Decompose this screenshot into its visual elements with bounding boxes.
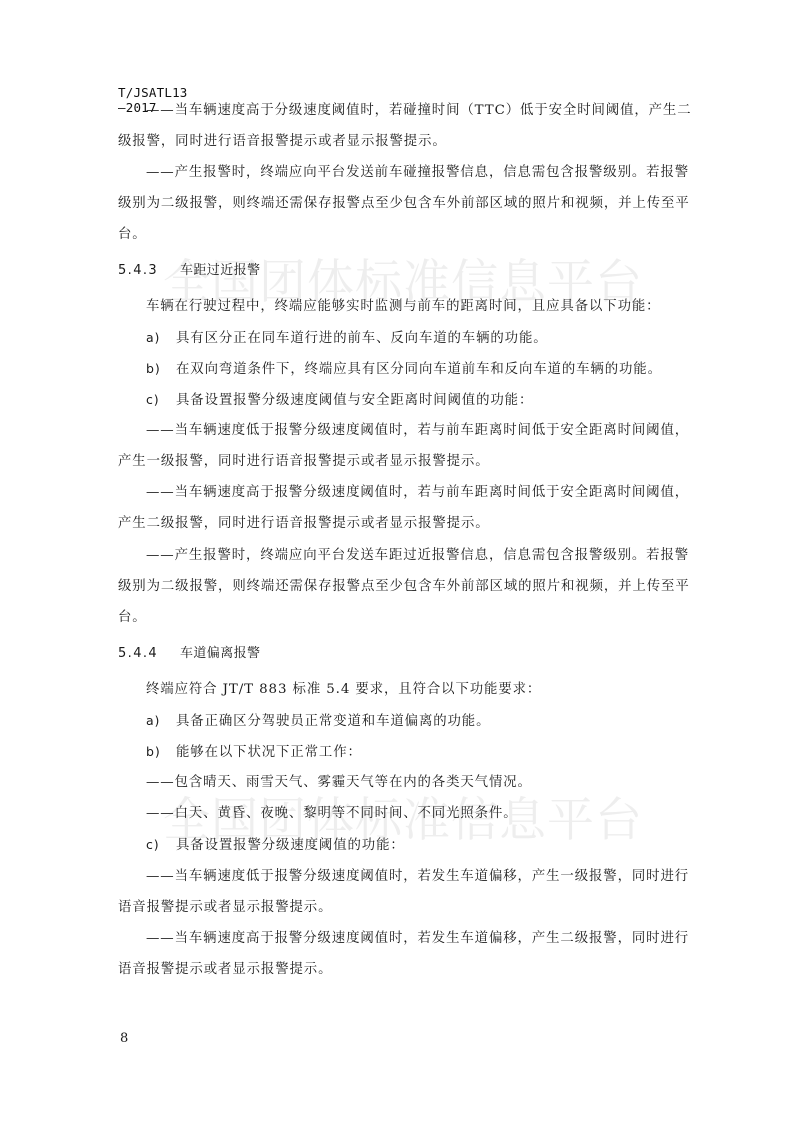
section-title: 车距过近报警: [180, 263, 260, 278]
document-page: 全国团体标准信息平台 全国团体标准信息平台 T/JSATL13—2017 ——当…: [0, 0, 794, 1123]
list-item-a: a)具有区分正在同车道行进的前车、反向车道的车辆的功能。: [146, 329, 704, 348]
list-item-c: c)具备设置报警分级速度阈值与安全距离时间阈值的功能：: [146, 391, 704, 410]
section-heading-5-4-3: 5.4.3车距过近报警: [118, 262, 676, 280]
paragraph-line: ——当车辆速度高于分级速度阈值时，若碰撞时间（TTC）低于安全时间阈值，产生二: [146, 102, 676, 120]
paragraph-line: ——当车辆速度高于报警分级速度阈值时，若与前车距离时间低于安全距离时间阈值，: [146, 484, 676, 502]
paragraph-line: 车辆在行驶过程中，终端应能够实时监测与前车的距离时间，且应具备以下功能：: [146, 298, 676, 316]
paragraph-line: 产生一级报警，同时进行语音报警提示或者显示报警提示。: [118, 453, 676, 471]
paragraph-line: 级别为二级报警，则终端还需保存报警点至少包含车外前部区域的照片和视频，并上传至平: [118, 195, 676, 213]
paragraph-line: ——包含晴天、雨雪天气、雾霾天气等在内的各类天气情况。: [146, 774, 676, 792]
section-heading-5-4-4: 5.4.4车道偏离报警: [118, 645, 676, 663]
paragraph-line: ——当车辆速度低于报警分级速度阈值时，若与前车距离时间低于安全距离时间阈值，: [146, 422, 676, 440]
list-marker: c): [146, 836, 176, 854]
list-item-a: a)具备正确区分驾驶员正常变道和车道偏离的功能。: [146, 712, 704, 731]
paragraph-line: 终端应符合 JT/T 883 标准 5.4 要求，且符合以下功能要求：: [146, 681, 676, 699]
paragraph-line: ——白天、黄昏、夜晚、黎明等不同时间、不同光照条件。: [146, 805, 676, 823]
list-text: 在双向弯道条件下，终端应具有区分同向车道前车和反向车道的车辆的功能。: [176, 362, 662, 377]
list-marker: a): [146, 712, 176, 730]
paragraph-line: ——当车辆速度低于报警分级速度阈值时，若发生车道偏移，产生一级报警，同时进行: [146, 868, 676, 886]
paragraph-line: 级报警，同时进行语音报警提示或者显示报警提示。: [118, 133, 676, 151]
section-number: 5.4.3: [118, 262, 180, 280]
paragraph-line: 台。: [118, 609, 676, 627]
paragraph-line: 语音报警提示或者显示报警提示。: [118, 899, 676, 917]
list-text: 具备正确区分驾驶员正常变道和车道偏离的功能。: [176, 714, 490, 729]
list-item-b: b)在双向弯道条件下，终端应具有区分同向车道前车和反向车道的车辆的功能。: [146, 360, 704, 379]
list-item-b: b)能够在以下状况下正常工作：: [146, 743, 704, 762]
list-item-c: c)具备设置报警分级速度阈值的功能：: [146, 836, 704, 855]
list-text: 具备设置报警分级速度阈值的功能：: [176, 838, 405, 853]
list-marker: b): [146, 360, 176, 378]
page-number: 8: [120, 1031, 128, 1046]
paragraph-line: ——产生报警时，终端应向平台发送车距过近报警信息，信息需包含报警级别。若报警: [146, 547, 676, 565]
paragraph-line: ——产生报警时，终端应向平台发送前车碰撞报警信息，信息需包含报警级别。若报警: [146, 164, 676, 182]
paragraph-line: 语音报警提示或者显示报警提示。: [118, 961, 676, 979]
list-marker: c): [146, 391, 176, 409]
paragraph-line: 级别为二级报警，则终端还需保存报警点至少包含车外前部区域的照片和视频，并上传至平: [118, 578, 676, 596]
section-title: 车道偏离报警: [180, 646, 260, 661]
paragraph-line: 台。: [118, 226, 676, 244]
section-number: 5.4.4: [118, 645, 180, 663]
list-text: 具备设置报警分级速度阈值与安全距离时间阈值的功能：: [176, 393, 533, 408]
list-text: 能够在以下状况下正常工作：: [176, 745, 362, 760]
list-text: 具有区分正在同车道行进的前车、反向车道的车辆的功能。: [176, 331, 548, 346]
list-marker: a): [146, 329, 176, 347]
list-marker: b): [146, 743, 176, 761]
paragraph-line: 产生二级报警，同时进行语音报警提示或者显示报警提示。: [118, 515, 676, 533]
paragraph-line: ——当车辆速度高于报警分级速度阈值时，若发生车道偏移，产生二级报警，同时进行: [146, 930, 676, 948]
